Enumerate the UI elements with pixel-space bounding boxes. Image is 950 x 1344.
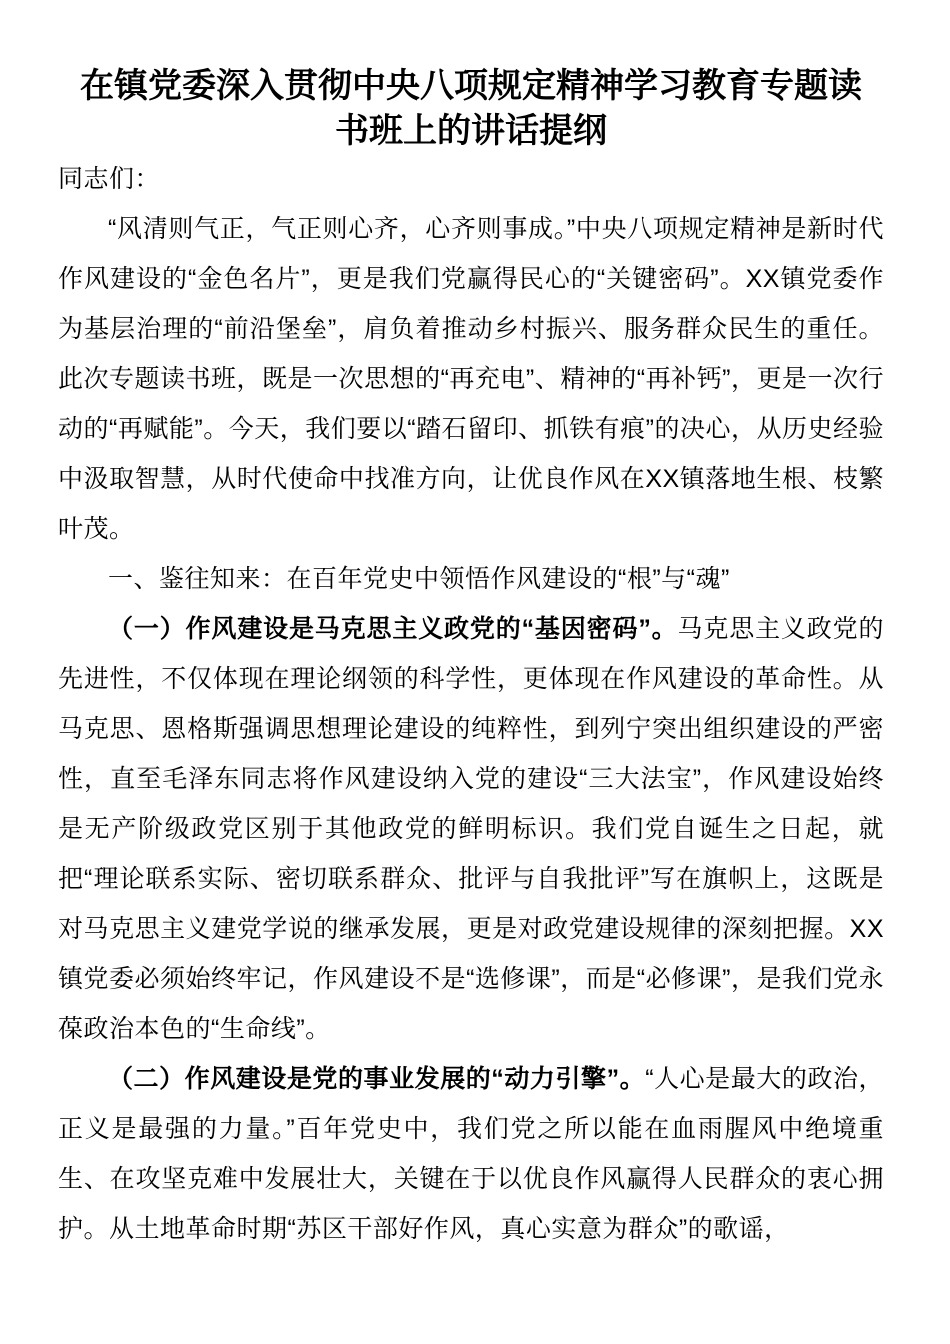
document-title-line-2: 书班上的讲话提纲 <box>58 109 884 154</box>
paragraph-subsection-1-lead: （一）作风建设是马克思主义政党的“基因密码”。 <box>108 615 678 643</box>
paragraph-subsection-1: （一）作风建设是马克思主义政党的“基因密码”。马克思主义政党的先进性，不仅体现在… <box>58 604 884 1054</box>
paragraph-subsection-2: （二）作风建设是党的事业发展的“动力引擎”。“人心是最大的政治，正义是最强的力量… <box>58 1054 884 1254</box>
section-heading-1: 一、鉴往知来：在百年党史中领悟作风建设的“根”与“魂” <box>58 554 884 604</box>
document-page: 在镇党委深入贯彻中央八项规定精神学习教育专题读 书班上的讲话提纲 同志们： “风… <box>0 0 950 1344</box>
salutation: 同志们： <box>58 154 884 204</box>
document-title: 在镇党委深入贯彻中央八项规定精神学习教育专题读 书班上的讲话提纲 <box>58 64 884 154</box>
document-title-line-1: 在镇党委深入贯彻中央八项规定精神学习教育专题读 <box>58 64 884 109</box>
paragraph-subsection-2-lead: （二）作风建设是党的事业发展的“动力引擎”。 <box>108 1065 645 1093</box>
paragraph-subsection-1-text: 马克思主义政党的先进性，不仅体现在理论纲领的科学性，更体现在作风建设的革命性。从… <box>58 615 884 1043</box>
paragraph-intro: “风清则气正，气正则心齐，心齐则事成。”中央八项规定精神是新时代作风建设的“金色… <box>58 204 884 554</box>
